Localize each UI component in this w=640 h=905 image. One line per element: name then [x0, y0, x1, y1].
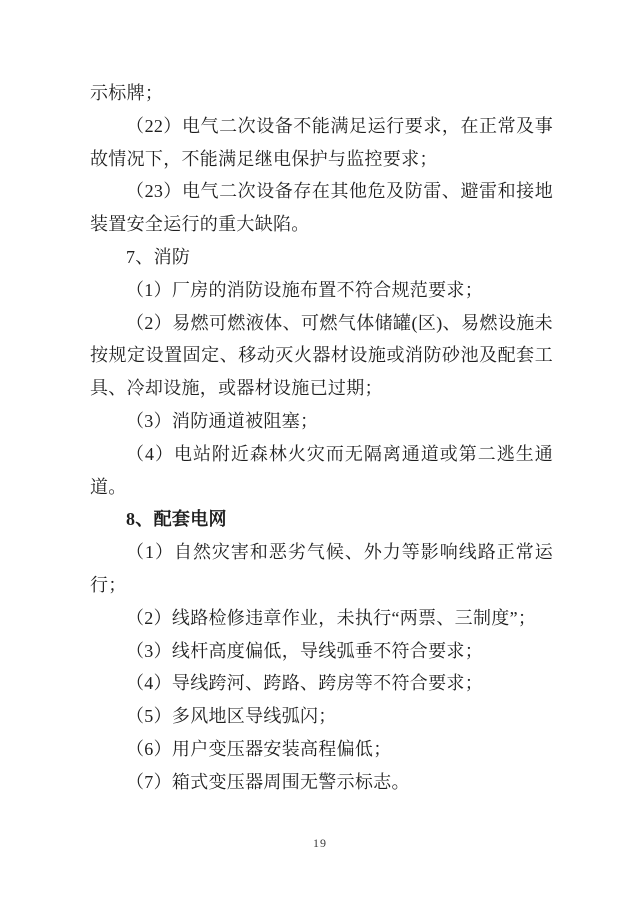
grid-item-6: （6）用户变压器安装高程偏低；: [90, 733, 553, 766]
para-continuation: 示标牌；: [90, 77, 553, 110]
grid-item-1: （1）自然灾害和恶劣气候、外力等影响线路正常运行；: [90, 536, 553, 602]
fire-item-2: （2）易燃可燃液体、可燃气体储罐(区)、易燃设施未按规定设置固定、移动灭火器材设…: [90, 307, 553, 405]
document-body: 示标牌； （22）电气二次设备不能满足运行要求，在正常及事故情况下，不能满足继电…: [90, 77, 553, 799]
fire-item-3: （3）消防通道被阻塞；: [90, 405, 553, 438]
section-heading-8-grid: 8、配套电网: [90, 503, 553, 536]
section-heading-7-fire: 7、消防: [90, 241, 553, 274]
fire-item-4: （4）电站附近森林火灾而无隔离通道或第二逃生通道。: [90, 438, 553, 504]
document-page: 示标牌； （22）电气二次设备不能满足运行要求，在正常及事故情况下，不能满足继电…: [0, 0, 640, 905]
para-item-23: （23）电气二次设备存在其他危及防雷、避雷和接地装置安全运行的重大缺陷。: [90, 175, 553, 241]
grid-item-7: （7）箱式变压器周围无警示标志。: [90, 766, 553, 799]
grid-item-3: （3）线杆高度偏低，导线弧垂不符合要求；: [90, 635, 553, 668]
para-item-22: （22）电气二次设备不能满足运行要求，在正常及事故情况下，不能满足继电保护与监控…: [90, 110, 553, 176]
page-number: 19: [0, 836, 640, 851]
grid-item-5: （5）多风地区导线弧闪；: [90, 700, 553, 733]
grid-item-2: （2）线路检修违章作业，未执行“两票、三制度”；: [90, 602, 553, 635]
grid-item-4: （4）导线跨河、跨路、跨房等不符合要求；: [90, 667, 553, 700]
fire-item-1: （1）厂房的消防设施布置不符合规范要求；: [90, 274, 553, 307]
